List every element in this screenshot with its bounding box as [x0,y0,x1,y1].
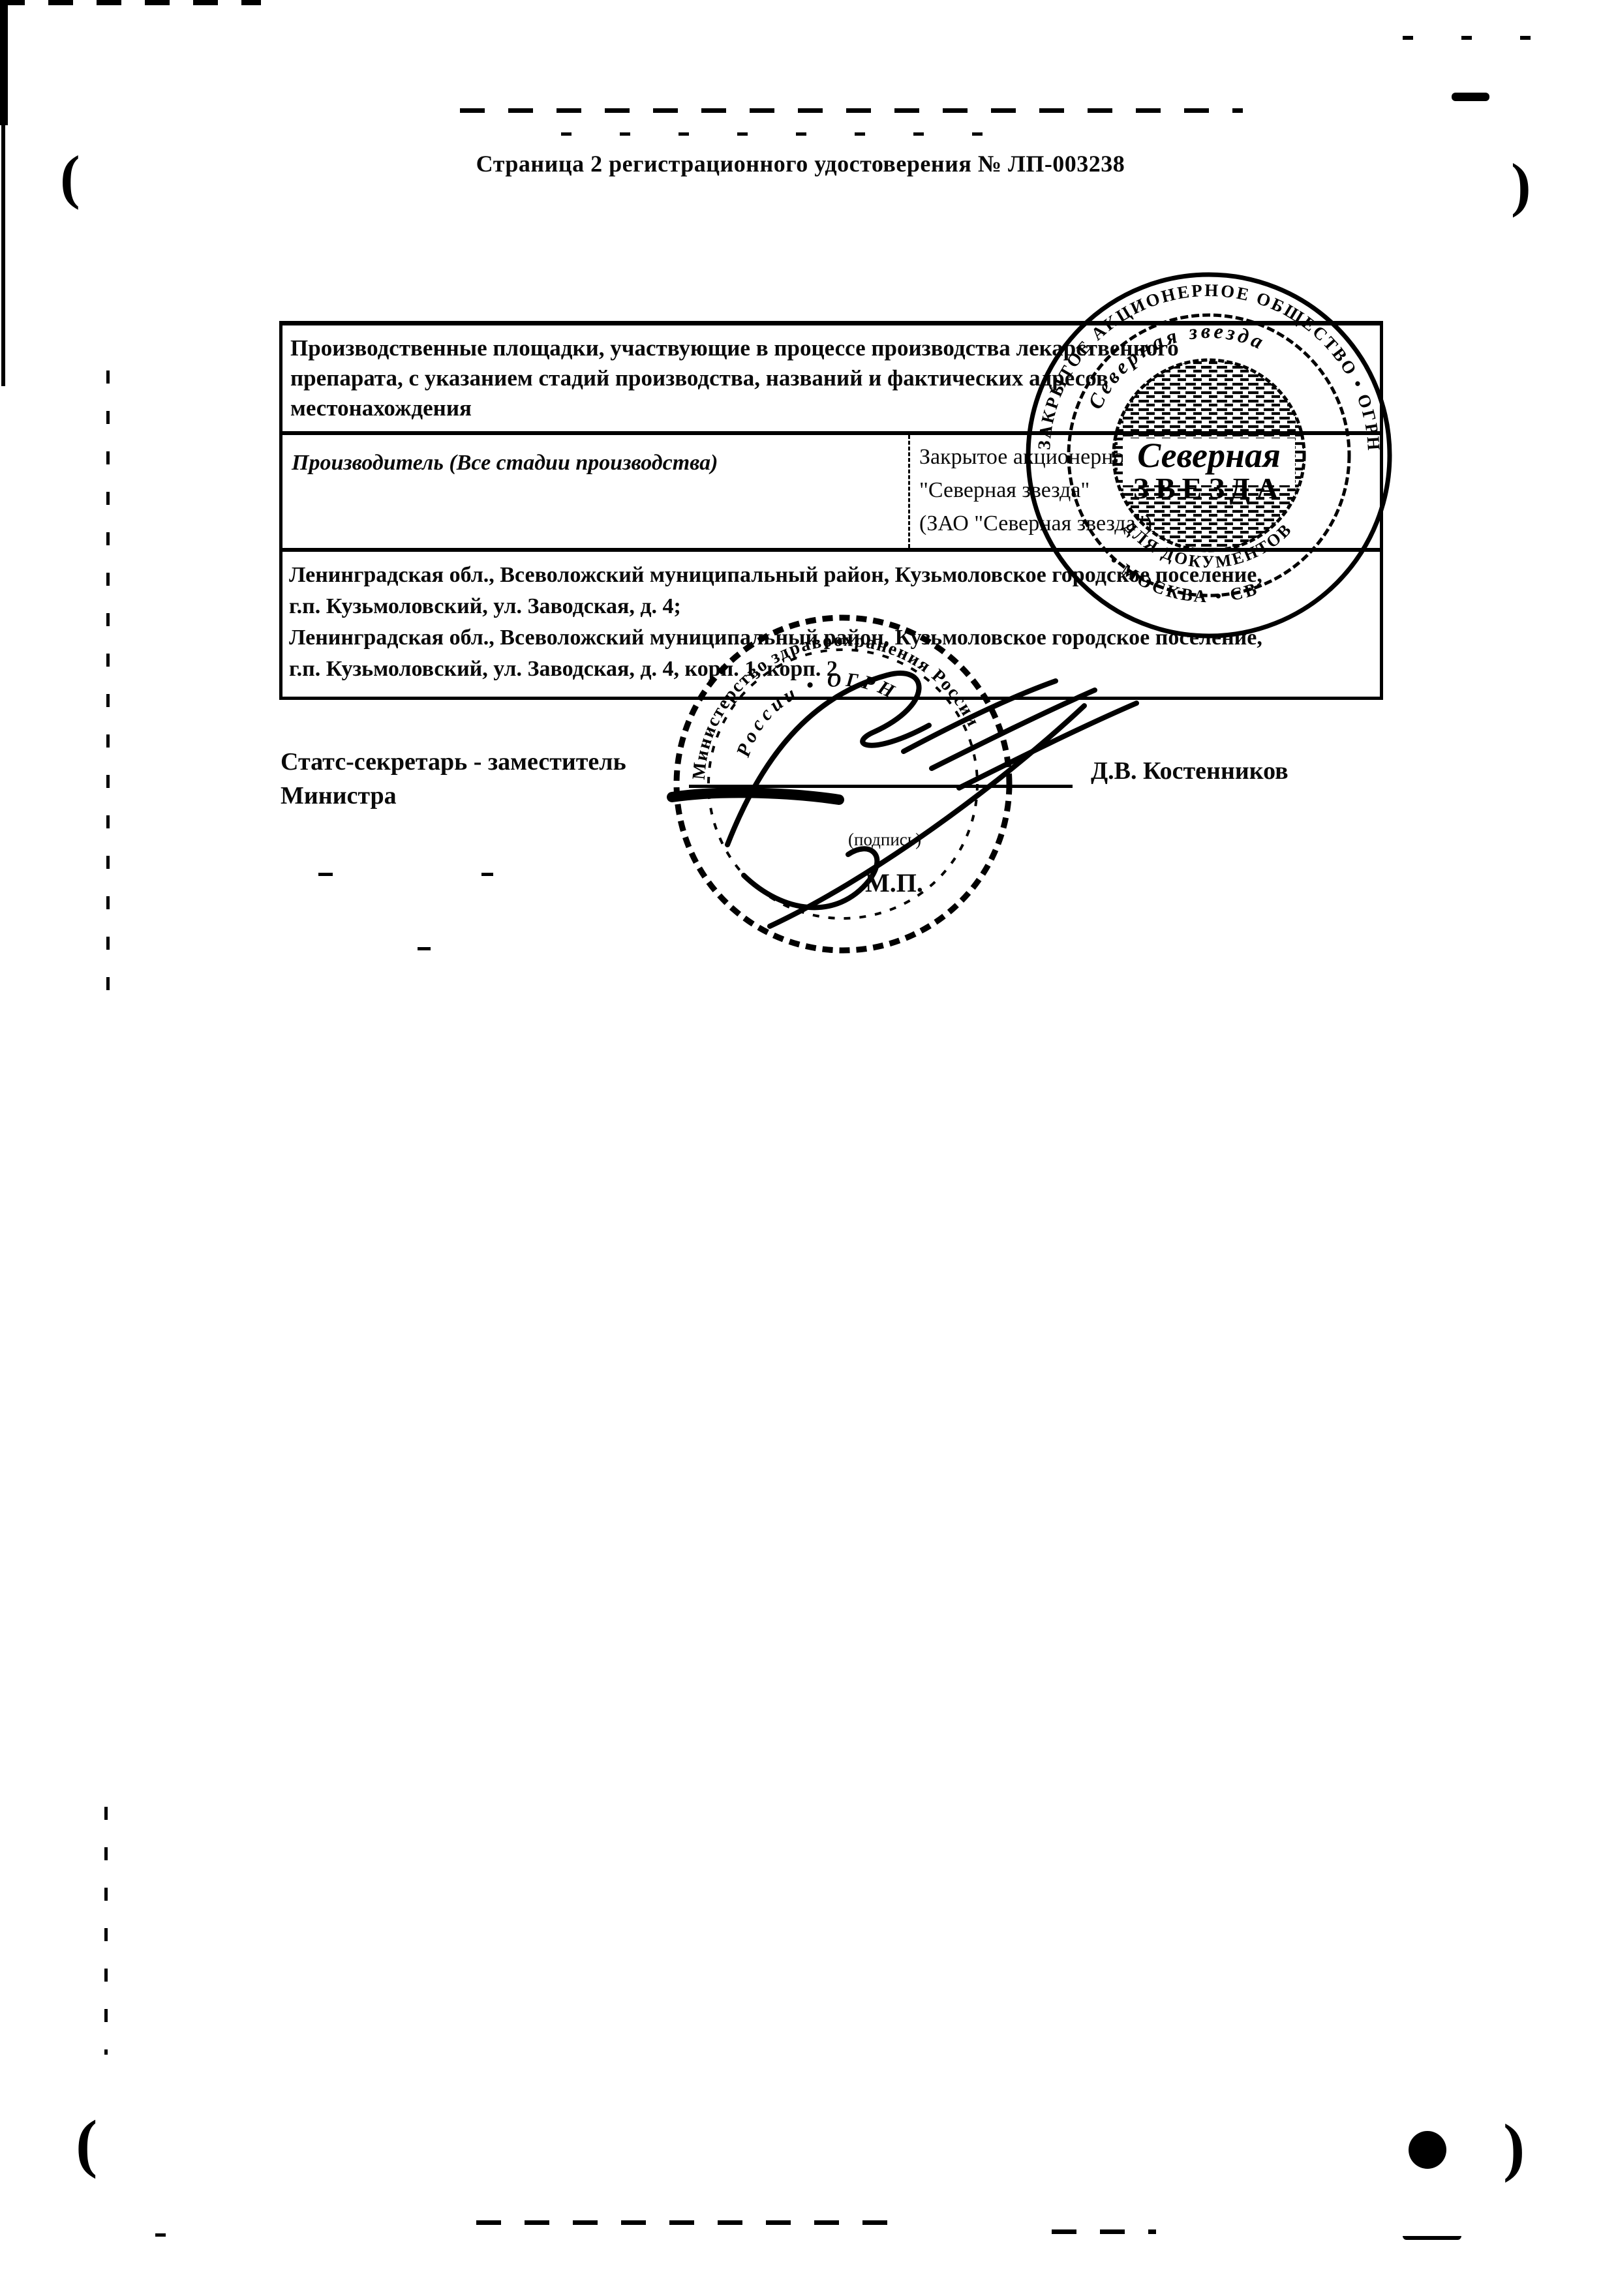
scan-artifact-speck-1 [318,873,333,876]
address-line: Ленинградская обл., Всеволожский муницип… [289,622,1373,654]
scan-artifact-paren-bottom-left: ( [76,2106,97,2181]
scan-artifact-top-dashes-row2 [561,132,985,136]
scan-artifact-paren-bottom-right: ) [1503,2109,1525,2184]
table-header-cell: Производственные площадки, участвующие в… [282,325,1380,435]
signature-line [689,785,1073,788]
signature-caption: (подпись) [848,830,921,850]
scan-artifact-bottom-dashes-right [1052,2229,1156,2234]
scan-artifact-bottom-dashes-small [155,2233,201,2237]
scan-artifact-top-right-dashes [1403,36,1572,40]
producer-label-cell: Производитель (Все стадии производства) [282,435,910,548]
producer-value-line: Закрытое акционерное общество [919,440,1380,474]
scanned-certificate-page: ( ) ( ) Страница 2 регистрационного удос… [0,0,1601,2296]
table-producer-row: Производитель (Все стадии производства) … [282,435,1380,552]
signer-name: Д.В. Костенников [1091,757,1288,785]
page-title: Страница 2 регистрационного удостоверени… [0,150,1601,177]
scan-artifact-left-vertical-dashes-2 [104,1807,108,2055]
address-line: г.п. Кузьмоловский, ул. Заводская, д. 4; [289,591,1373,622]
scan-artifact-top-left-dashes [0,0,261,5]
production-sites-table: Производственные площадки, участвующие в… [279,321,1383,700]
scan-artifact-left-edge-bar [0,0,8,125]
producer-value-line: "Северная звезда" [919,474,1380,507]
address-line: г.п. Кузьмоловский, ул. Заводская, д. 4,… [289,654,1373,685]
scan-artifact-speck-3 [418,947,431,950]
signer-position-line: Министра [281,779,711,813]
scan-artifact-black-dot [1409,2131,1446,2169]
scan-artifact-bottom-curve [1403,2236,1461,2240]
seal-place-caption: М.П. [865,868,923,898]
signer-position: Статс-секретарь - заместитель Министра [281,745,711,813]
scan-artifact-top-center-dashes [460,108,1243,113]
signer-position-line: Статс-секретарь - заместитель [281,745,711,779]
producer-value-line: (ЗАО "Северная звезда") [919,507,1380,540]
address-line: Ленинградская обл., Всеволожский муницип… [289,560,1373,591]
scan-artifact-left-vertical-dashes [106,370,110,1016]
producer-value-cell: Закрытое акционерное общество "Северная … [910,435,1380,548]
scan-artifact-bottom-dashes-left [476,2220,894,2225]
table-address-row: Ленинградская обл., Всеволожский муницип… [282,552,1380,697]
scan-artifact-top-right-speck [1452,93,1489,101]
scan-artifact-speck-2 [481,873,493,876]
